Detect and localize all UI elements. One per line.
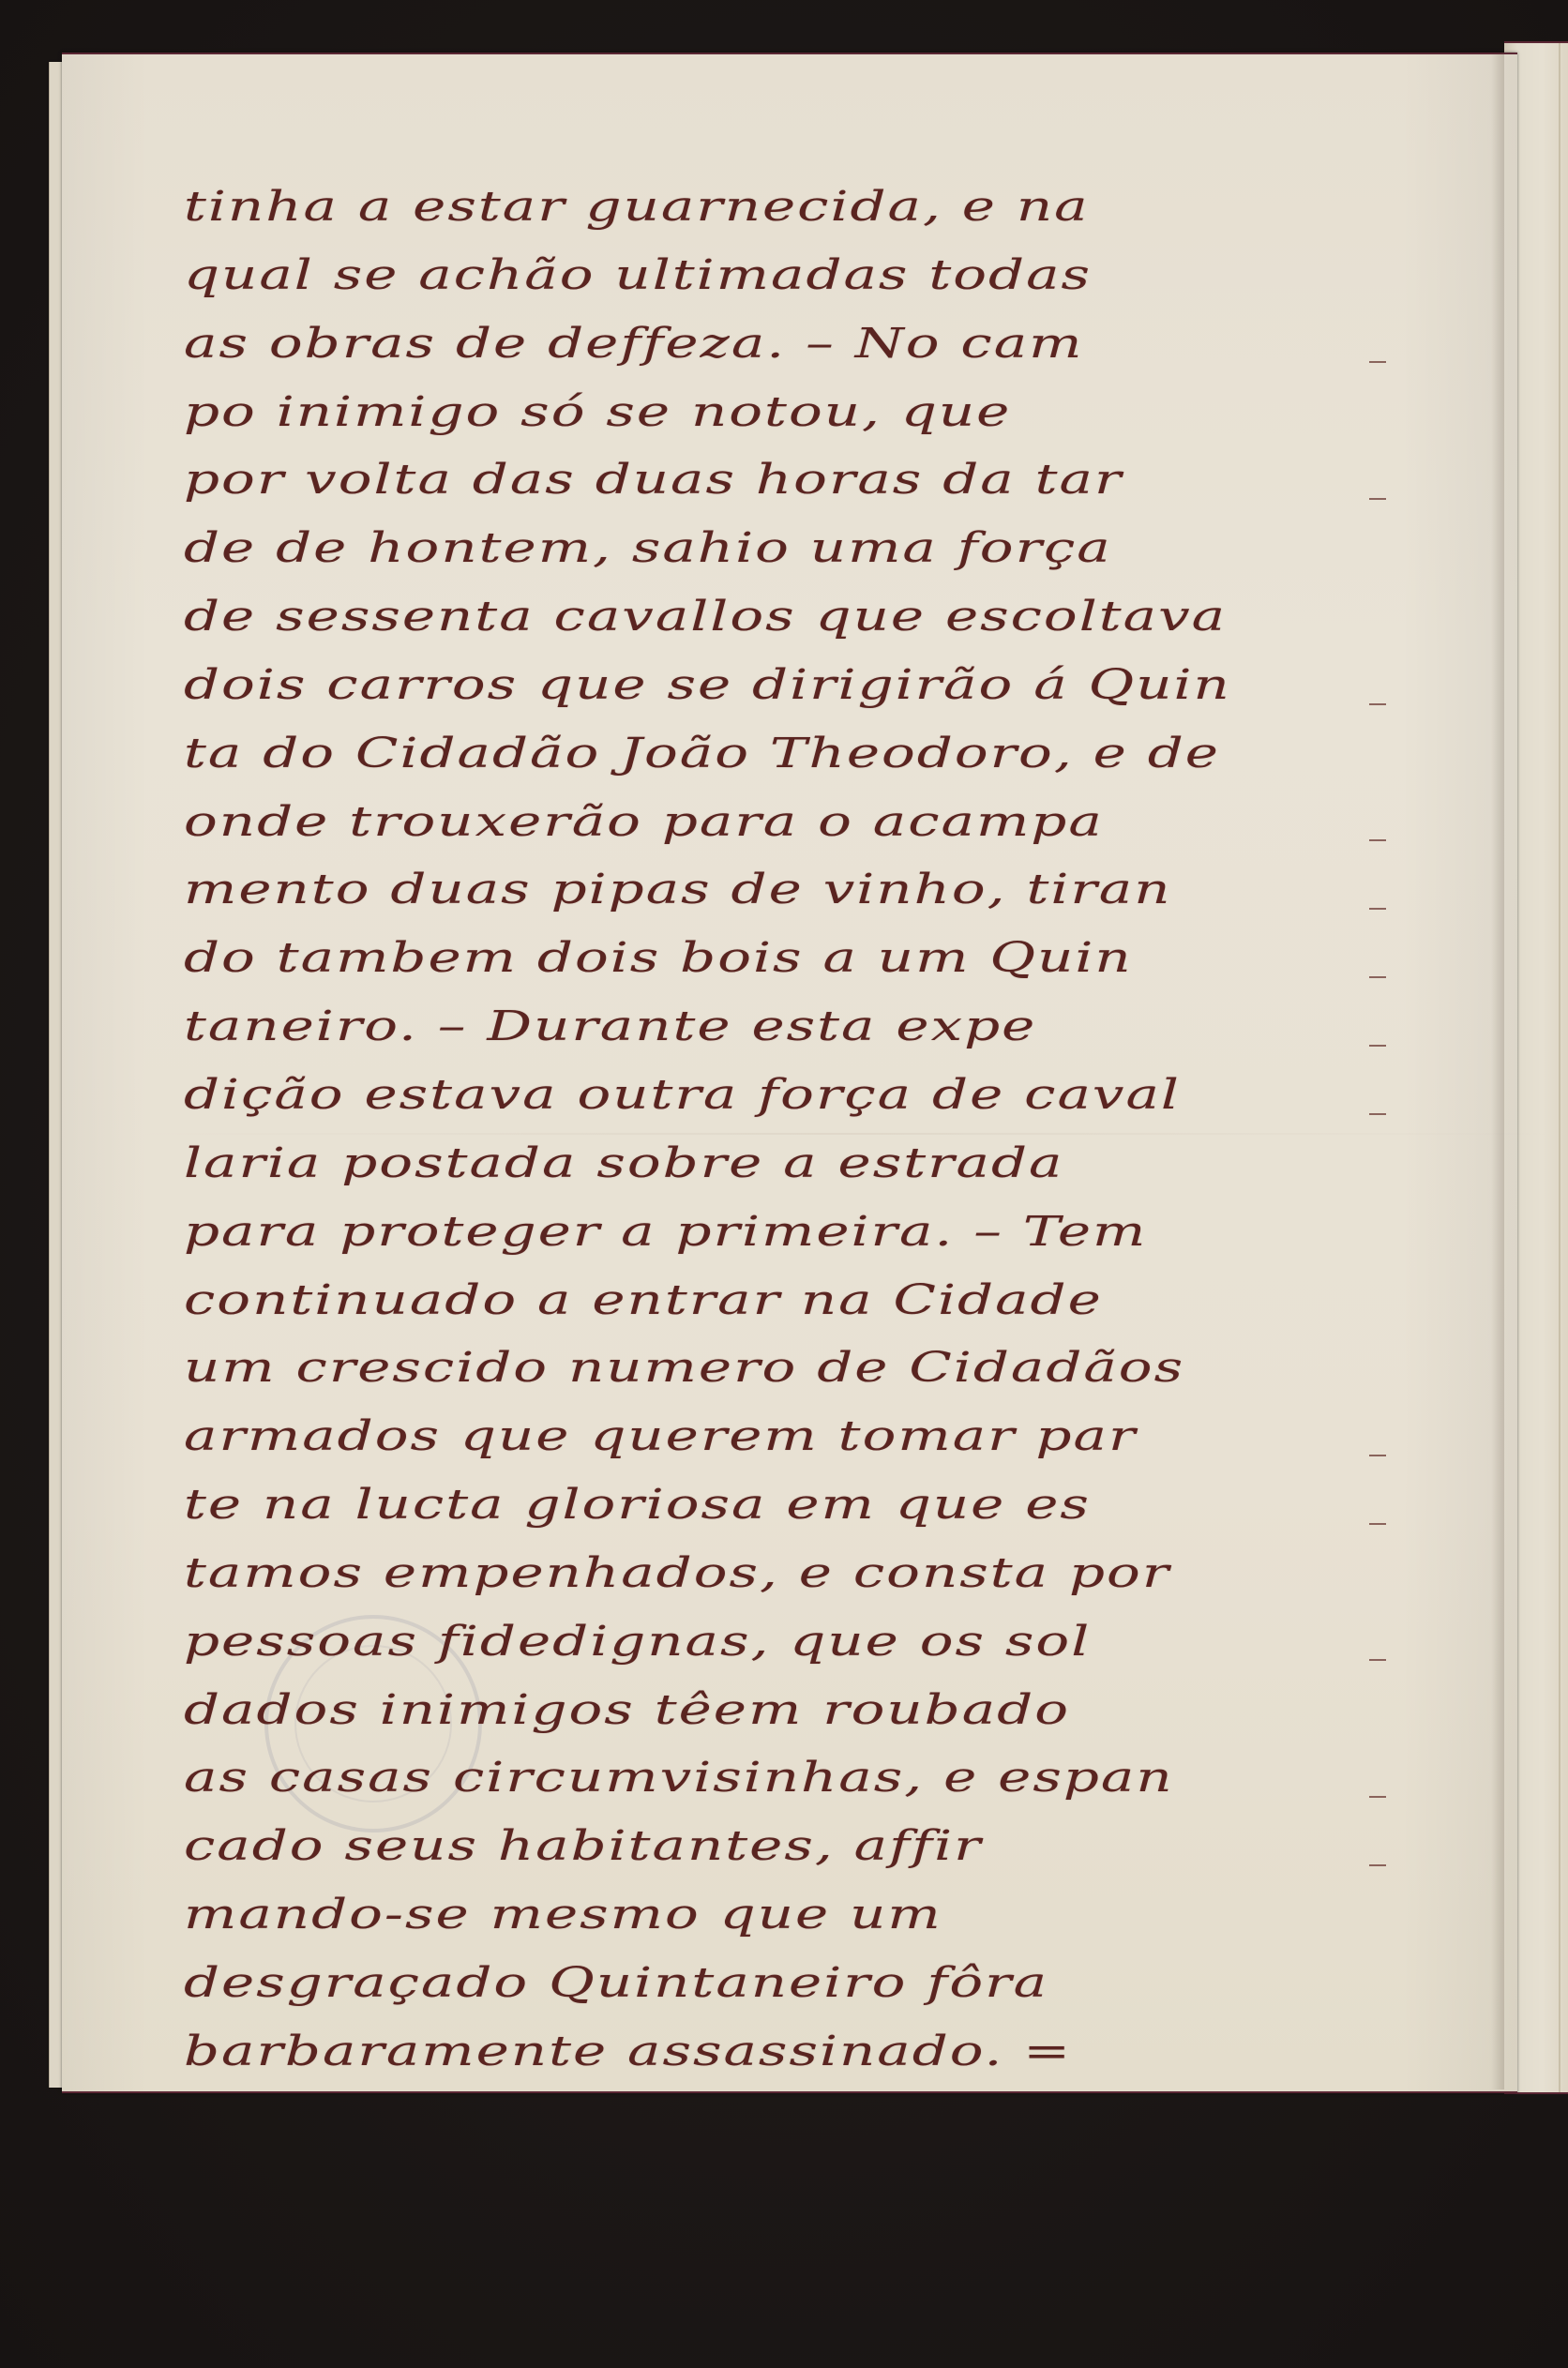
manuscript-line-text: barbaramente assassinado. =: [184, 2018, 1072, 2087]
manuscript-line: onde trouxerão para o acampa: [184, 789, 1347, 857]
manuscript-line-text: onde trouxerão para o acampa: [184, 789, 1104, 857]
manuscript-line: por volta das duas horas da tar: [184, 446, 1347, 515]
handwritten-text-block: tinha a estar guarnecida, e naqual se ac…: [184, 173, 1347, 2087]
manuscript-line-text: de sessenta cavallos que escoltava: [184, 583, 1227, 652]
line-continuation-mark: [1369, 703, 1386, 705]
manuscript-line: para proteger a primeira. – Tem: [184, 1199, 1347, 1267]
manuscript-line-text: por volta das duas horas da tar: [184, 446, 1123, 515]
manuscript-line-text: po inimigo só se notou, que: [184, 379, 1011, 447]
manuscript-line-text: do tambem dois bois a um Quin: [184, 925, 1133, 993]
page-fold-shadow: [1491, 53, 1504, 2089]
manuscript-line: as obras de deffeza. – No cam: [184, 310, 1347, 379]
line-continuation-mark: [1369, 908, 1386, 910]
manuscript-line-text: dados inimigos têem roubado: [184, 1677, 1070, 1745]
manuscript-line-text: um crescido numero de Cidadãos: [184, 1335, 1184, 1403]
manuscript-line: dição estava outra força de caval: [184, 1062, 1347, 1130]
line-continuation-mark: [1369, 1796, 1386, 1798]
manuscript-line-text: mando-se mesmo que um: [184, 1881, 942, 1950]
manuscript-line-text: pessoas fidedignas, que os sol: [184, 1608, 1091, 1677]
manuscript-line-text: qual se achão ultimadas todas: [184, 242, 1092, 310]
manuscript-line-text: armados que querem tomar par: [184, 1403, 1137, 1471]
manuscript-line: dados inimigos têem roubado: [184, 1677, 1347, 1745]
manuscript-line-text: ta do Cidadão João Theodoro, e de: [184, 720, 1220, 789]
line-continuation-mark: [1369, 1523, 1386, 1525]
line-continuation-mark: [1369, 1864, 1386, 1866]
manuscript-line: qual se achão ultimadas todas: [184, 242, 1347, 310]
manuscript-line-text: te na lucta gloriosa em que es: [184, 1471, 1091, 1540]
manuscript-line-text: dois carros que se dirigirão á Quin: [184, 652, 1231, 720]
manuscript-line-text: desgraçado Quintaneiro fôra: [184, 1950, 1048, 2018]
manuscript-line: continuado a entrar na Cidade: [184, 1267, 1347, 1335]
manuscript-line: po inimigo só se notou, que: [184, 379, 1347, 447]
manuscript-line: taneiro. – Durante esta expe: [184, 993, 1347, 1062]
manuscript-line: de sessenta cavallos que escoltava: [184, 583, 1347, 652]
manuscript-line: armados que querem tomar par: [184, 1403, 1347, 1471]
line-continuation-mark: [1369, 1659, 1386, 1661]
line-continuation-mark: [1369, 1045, 1386, 1047]
line-continuation-mark: [1369, 498, 1386, 500]
manuscript-line: mando-se mesmo que um: [184, 1881, 1347, 1950]
manuscript-line: de de hontem, sahio uma força: [184, 515, 1347, 583]
manuscript-line: cado seus habitantes, affir: [184, 1813, 1347, 1881]
manuscript-line: ta do Cidadão João Theodoro, e de: [184, 720, 1347, 789]
manuscript-line-text: continuado a entrar na Cidade: [184, 1267, 1103, 1335]
line-continuation-mark: [1369, 976, 1386, 978]
manuscript-line-text: laria postada sobre a estrada: [184, 1130, 1063, 1199]
manuscript-line: desgraçado Quintaneiro fôra: [184, 1950, 1347, 2018]
manuscript-line-text: mento duas pipas de vinho, tiran: [184, 856, 1172, 925]
manuscript-line: tinha a estar guarnecida, e na: [184, 173, 1347, 242]
line-continuation-mark: [1369, 361, 1386, 363]
manuscript-line: dois carros que se dirigirão á Quin: [184, 652, 1347, 720]
manuscript-line-text: cado seus habitantes, affir: [184, 1813, 983, 1881]
line-continuation-mark: [1369, 1455, 1386, 1456]
manuscript-line-text: dição estava outra força de caval: [184, 1062, 1181, 1130]
manuscript-line-text: para proteger a primeira. – Tem: [184, 1199, 1147, 1267]
line-continuation-mark: [1369, 839, 1386, 841]
manuscript-line: pessoas fidedignas, que os sol: [184, 1608, 1347, 1677]
manuscript-line-text: tamos empenhados, e consta por: [184, 1540, 1170, 1608]
manuscript-line: mento duas pipas de vinho, tiran: [184, 856, 1347, 925]
manuscript-line: um crescido numero de Cidadãos: [184, 1335, 1347, 1403]
manuscript-line: as casas circumvisinhas, e espan: [184, 1744, 1347, 1813]
manuscript-line: laria postada sobre a estrada: [184, 1130, 1347, 1199]
manuscript-line-text: de de hontem, sahio uma força: [184, 515, 1112, 583]
manuscript-line-text: tinha a estar guarnecida, e na: [184, 173, 1090, 242]
manuscript-line: do tambem dois bois a um Quin: [184, 925, 1347, 993]
line-continuation-mark: [1369, 1113, 1386, 1115]
manuscript-line: tamos empenhados, e consta por: [184, 1540, 1347, 1608]
manuscript-line: barbaramente assassinado. =: [184, 2018, 1347, 2087]
scan-background: tinha a estar guarnecida, e naqual se ac…: [0, 0, 1568, 2368]
manuscript-line-text: as casas circumvisinhas, e espan: [184, 1744, 1174, 1813]
manuscript-line: te na lucta gloriosa em que es: [184, 1471, 1347, 1540]
manuscript-line-text: taneiro. – Durante esta expe: [184, 993, 1036, 1062]
manuscript-line-text: as obras de deffeza. – No cam: [184, 310, 1084, 379]
